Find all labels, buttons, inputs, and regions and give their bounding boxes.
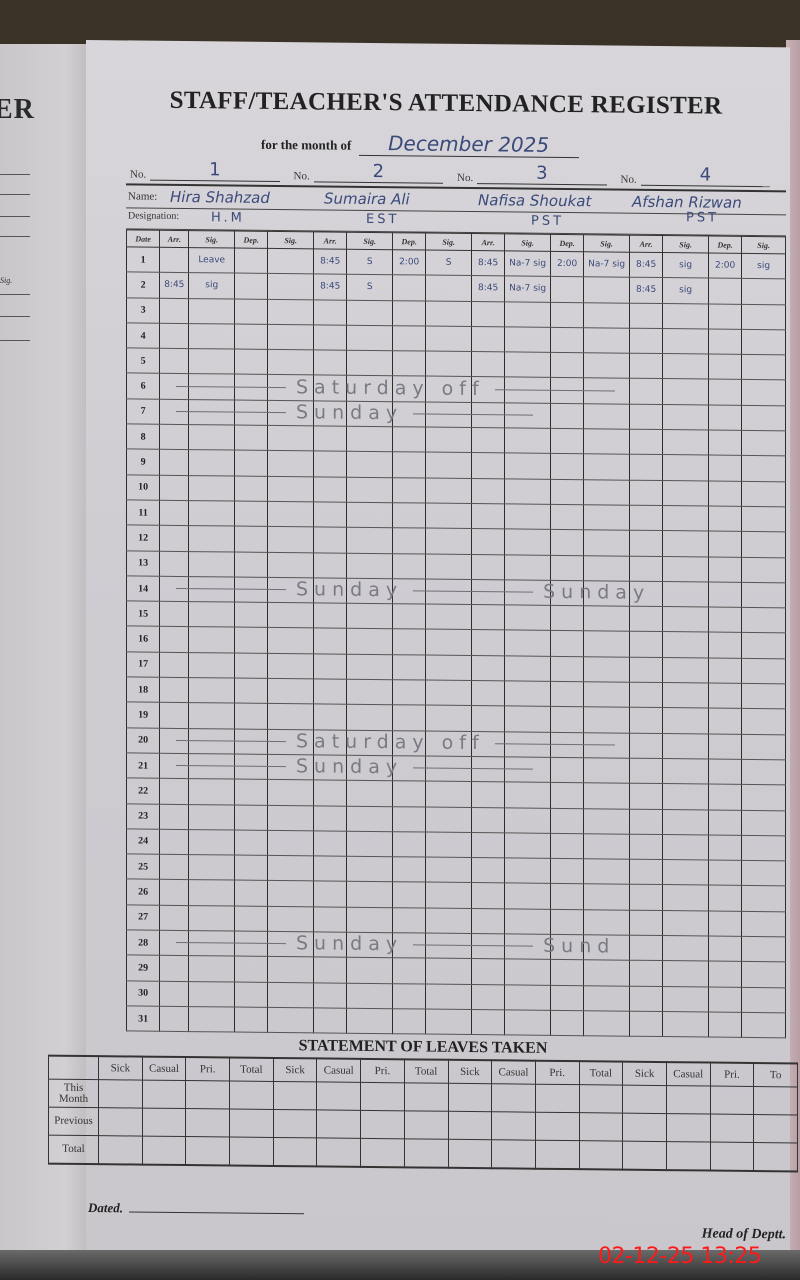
attendance-cell: [160, 728, 189, 754]
attendance-cell: [160, 551, 189, 577]
leaves-cell: [99, 1108, 143, 1136]
attendance-cell: [314, 350, 347, 376]
attendance-cell: [189, 652, 235, 678]
designation-3: PST: [531, 214, 564, 229]
leaves-cell: [273, 1137, 317, 1166]
attendance-cell: [268, 425, 314, 451]
attendance-cell: [584, 353, 630, 379]
leaves-header: Total: [404, 1059, 448, 1083]
attendance-cell: [235, 830, 268, 856]
attendance-cell: [551, 960, 584, 986]
attendance-cell: [189, 956, 235, 982]
attendance-cell: [347, 502, 393, 528]
attendance-cell: [663, 430, 709, 456]
attendance-cell: [426, 528, 472, 554]
attendance-cell: [268, 628, 314, 654]
attendance-cell: [393, 730, 426, 756]
date-cell: 18: [127, 677, 160, 703]
attendance-cell: [742, 557, 786, 583]
attendance-cell: [235, 476, 268, 502]
dated-line: [129, 1211, 304, 1214]
attendance-cell: [189, 905, 235, 931]
attendance-cell: [472, 934, 505, 960]
attendance-cell: [314, 654, 347, 680]
attendance-cell: [393, 477, 426, 503]
leaves-cell: [579, 1085, 623, 1113]
attendance-cell: [630, 783, 663, 809]
attendance-cell: [505, 706, 551, 732]
attendance-cell: [584, 530, 630, 556]
attendance-cell: [708, 885, 741, 911]
left-rule: [0, 236, 30, 237]
attendance-cell: [189, 450, 235, 476]
attendance-cell: [472, 807, 505, 833]
date-cell: 13: [127, 550, 160, 576]
column-header: Arr.: [160, 230, 189, 247]
leaves-cell: [754, 1142, 798, 1171]
attendance-cell: [663, 379, 709, 405]
attendance-cell: [708, 380, 741, 406]
attendance-table: DateArr.Sig.Dep.Sig.Arr.Sig.Dep.Sig.Arr.…: [126, 229, 786, 1038]
attendance-cell: [505, 352, 551, 378]
attendance-cell: [314, 1008, 347, 1034]
leaves-cell: [99, 1080, 143, 1108]
attendance-cell: [160, 930, 189, 956]
attendance-cell: [472, 579, 505, 605]
column-header: Date: [127, 230, 160, 247]
attendance-cell: [472, 655, 505, 681]
attendance-cell: [426, 554, 472, 580]
attendance-cell: [235, 1007, 268, 1033]
attendance-cell: [742, 304, 786, 330]
attendance-cell: [393, 933, 426, 959]
attendance-cell: [472, 883, 505, 909]
attendance-cell: [189, 754, 235, 780]
attendance-cell: [160, 627, 189, 653]
attendance-cell: 8:45: [472, 276, 505, 302]
attendance-cell: [268, 350, 314, 376]
attendance-cell: [160, 854, 189, 880]
attendance-cell: [663, 506, 709, 532]
attendance-cell: [314, 805, 347, 831]
attendance-cell: [426, 301, 472, 327]
attendance-cell: [189, 728, 235, 754]
attendance-cell: [505, 757, 551, 783]
leaves-cell: [492, 1140, 536, 1169]
attendance-cell: [505, 301, 551, 327]
attendance-cell: [314, 755, 347, 781]
attendance-cell: [393, 654, 426, 680]
attendance-cell: [426, 579, 472, 605]
attendance-cell: [663, 657, 709, 683]
attendance-cell: [235, 501, 268, 527]
attendance-cell: [314, 375, 347, 401]
attendance-cell: [189, 855, 235, 881]
attendance-cell: [472, 984, 505, 1010]
attendance-cell: [472, 554, 505, 580]
leaves-cell: [230, 1081, 274, 1109]
attendance-cell: [708, 632, 741, 658]
staff-numbers: No.1 No.2 No.3 No.4: [130, 158, 770, 187]
attendance-cell: [551, 656, 584, 682]
attendance-cell: [551, 833, 584, 859]
attendance-cell: [314, 299, 347, 325]
attendance-cell: [551, 606, 584, 632]
date-cell: 7: [127, 399, 160, 425]
leaves-table: SickCasualPri.TotalSickCasualPri.TotalSi…: [48, 1055, 798, 1173]
attendance-cell: [584, 429, 630, 455]
attendance-cell: [426, 807, 472, 833]
attendance-cell: [584, 682, 630, 708]
column-header: Arr.: [630, 235, 663, 252]
leaves-row-label: Total: [49, 1135, 99, 1164]
column-header: Dep.: [551, 234, 584, 251]
attendance-cell: sig: [663, 278, 709, 304]
attendance-cell: [742, 633, 786, 659]
attendance-cell: [708, 278, 741, 304]
attendance-cell: [393, 579, 426, 605]
attendance-cell: [393, 401, 426, 427]
attendance-cell: [742, 405, 786, 431]
attendance-cell: [393, 1009, 426, 1035]
attendance-cell: [584, 378, 630, 404]
attendance-cell: [393, 756, 426, 782]
attendance-cell: [742, 683, 786, 709]
attendance-cell: [235, 956, 268, 982]
staff-name-2: Sumaira Ali: [324, 189, 478, 209]
attendance-cell: [630, 480, 663, 506]
attendance-cell: [708, 481, 741, 507]
attendance-cell: [268, 274, 314, 300]
register-title: STAFF/TEACHER'S ATTENDANCE REGISTER: [126, 86, 766, 121]
attendance-cell: [505, 807, 551, 833]
attendance-cell: [235, 248, 268, 274]
leaves-cell: [535, 1112, 579, 1140]
attendance-cell: [742, 810, 786, 836]
attendance-cell: [235, 982, 268, 1008]
attendance-cell: [472, 352, 505, 378]
attendance-cell: [189, 703, 235, 729]
attendance-cell: [708, 911, 741, 937]
attendance-cell: [160, 298, 189, 324]
attendance-cell: [584, 656, 630, 682]
attendance-cell: [663, 834, 709, 860]
attendance-cell: S: [347, 275, 393, 301]
attendance-cell: 8:45: [160, 273, 189, 299]
leaves-cell: [666, 1142, 710, 1171]
attendance-cell: [314, 451, 347, 477]
attendance-cell: [708, 658, 741, 684]
attendance-cell: [235, 906, 268, 932]
attendance-cell: [347, 426, 393, 452]
no-label: No.: [457, 172, 473, 184]
attendance-cell: [160, 500, 189, 526]
attendance-cell: [742, 936, 786, 962]
attendance-cell: [189, 880, 235, 906]
leaves-cell: [230, 1109, 274, 1137]
dated-field: Dated.: [88, 1200, 304, 1218]
attendance-cell: [584, 328, 630, 354]
attendance-cell: [630, 303, 663, 329]
leaves-header: Sick: [623, 1062, 667, 1086]
attendance-cell: [551, 277, 584, 303]
no-label: No.: [130, 168, 146, 180]
attendance-cell: [314, 881, 347, 907]
attendance-cell: [314, 907, 347, 933]
attendance-cell: [426, 326, 472, 352]
attendance-cell: [505, 403, 551, 429]
attendance-cell: [160, 450, 189, 476]
attendance-cell: [472, 731, 505, 757]
attendance-cell: [708, 734, 741, 760]
attendance-cell: [160, 804, 189, 830]
attendance-cell: [235, 779, 268, 805]
attendance-cell: [393, 806, 426, 832]
attendance-cell: [630, 935, 663, 961]
photo-timestamp: 02-12-25 13:25: [598, 1244, 761, 1269]
attendance-cell: [160, 526, 189, 552]
attendance-cell: sig: [742, 253, 786, 279]
attendance-cell: [426, 958, 472, 984]
corner-cell: [49, 1056, 99, 1080]
attendance-cell: [663, 404, 709, 430]
leaves-cell: [273, 1109, 317, 1137]
attendance-cell: 8:45: [314, 274, 347, 300]
attendance-cell: [663, 683, 709, 709]
date-cell: 9: [127, 449, 160, 475]
attendance-cell: [268, 501, 314, 527]
leaves-header: Pri.: [186, 1057, 230, 1081]
leaves-cell: [317, 1110, 361, 1138]
attendance-cell: [393, 604, 426, 630]
attendance-cell: [268, 603, 314, 629]
attendance-cell: [235, 602, 268, 628]
attendance-cell: [189, 576, 235, 602]
attendance-cell: [708, 759, 741, 785]
attendance-cell: [708, 936, 741, 962]
attendance-cell: [347, 452, 393, 478]
leaves-cell: [535, 1140, 579, 1169]
attendance-cell: [268, 780, 314, 806]
leaves-cell: [142, 1136, 186, 1165]
attendance-cell: [708, 531, 741, 557]
attendance-cell: [551, 783, 584, 809]
attendance-cell: [551, 580, 584, 606]
attendance-cell: [235, 805, 268, 831]
leaves-cell: [317, 1138, 361, 1167]
attendance-cell: [663, 632, 709, 658]
attendance-cell: [426, 351, 472, 377]
attendance-cell: [314, 426, 347, 452]
attendance-cell: [742, 835, 786, 861]
attendance-cell: [742, 987, 786, 1013]
staff-no-2: No.2: [294, 160, 444, 184]
attendance-cell: [584, 479, 630, 505]
attendance-cell: [505, 681, 551, 707]
attendance-cell: [742, 506, 786, 532]
attendance-rows: 1Leave8:45S2:00S8:45Na-7 sig2:00Na-7 sig…: [127, 247, 786, 1038]
attendance-cell: [663, 480, 709, 506]
column-header: Sig.: [347, 232, 393, 249]
attendance-cell: [472, 605, 505, 631]
attendance-grid: Name: Hira Shahzad Sumaira Ali Nafisa Sh…: [126, 183, 786, 1038]
attendance-cell: [505, 453, 551, 479]
attendance-cell: [584, 859, 630, 885]
attendance-cell: [742, 911, 786, 937]
attendance-cell: [426, 933, 472, 959]
attendance-cell: [505, 858, 551, 884]
attendance-cell: [505, 984, 551, 1010]
attendance-cell: [189, 323, 235, 349]
attendance-cell: [347, 755, 393, 781]
attendance-cell: [189, 627, 235, 653]
attendance-cell: [742, 785, 786, 811]
attendance-cell: [189, 425, 235, 451]
attendance-cell: [472, 858, 505, 884]
attendance-cell: [663, 885, 709, 911]
attendance-cell: [160, 981, 189, 1007]
attendance-cell: [189, 475, 235, 501]
attendance-cell: [708, 708, 741, 734]
leaves-row-label: Previous: [49, 1107, 99, 1136]
attendance-cell: [426, 857, 472, 883]
attendance-cell: [426, 503, 472, 529]
date-cell: 12: [127, 525, 160, 551]
leaves-rows: This MonthPreviousTotal: [49, 1079, 798, 1171]
attendance-cell: [742, 886, 786, 912]
column-header: Arr.: [314, 232, 347, 249]
no-value: 4: [641, 164, 770, 187]
no-value: 2: [314, 160, 443, 183]
date-cell: 16: [127, 626, 160, 652]
attendance-cell: [393, 528, 426, 554]
date-cell: 19: [127, 702, 160, 728]
attendance-cell: [551, 555, 584, 581]
leaves-cell: [361, 1110, 405, 1138]
attendance-cell: [630, 632, 663, 658]
attendance-cell: [426, 275, 472, 301]
attendance-cell: S: [347, 249, 393, 275]
leaves-cell: [754, 1086, 798, 1114]
attendance-cell: [708, 557, 741, 583]
attendance-cell: [160, 652, 189, 678]
attendance-cell: [160, 475, 189, 501]
attendance-cell: [189, 399, 235, 425]
staff-no-4: No.4: [621, 164, 771, 188]
attendance-cell: [630, 961, 663, 987]
dated-label: Dated.: [88, 1200, 123, 1215]
left-rule: [0, 216, 30, 217]
attendance-cell: [393, 427, 426, 453]
attendance-cell: [426, 604, 472, 630]
attendance-cell: [708, 683, 741, 709]
attendance-cell: [742, 608, 786, 634]
attendance-cell: [708, 987, 741, 1013]
attendance-cell: [584, 834, 630, 860]
attendance-cell: [551, 884, 584, 910]
attendance-cell: [584, 707, 630, 733]
attendance-cell: [742, 355, 786, 381]
attendance-cell: [630, 910, 663, 936]
attendance-cell: [551, 858, 584, 884]
attendance-cell: [663, 733, 709, 759]
leaves-cell: [404, 1111, 448, 1139]
attendance-cell: [347, 983, 393, 1009]
staff-name-3: Nafisa Shoukat: [478, 191, 632, 211]
attendance-cell: [505, 605, 551, 631]
attendance-cell: [426, 731, 472, 757]
attendance-cell: [472, 908, 505, 934]
attendance-cell: Leave: [189, 248, 235, 274]
column-header: Sig.: [505, 234, 551, 251]
attendance-cell: [426, 630, 472, 656]
attendance-cell: [268, 1007, 314, 1033]
attendance-cell: [393, 958, 426, 984]
leaves-header: Casual: [666, 1062, 710, 1086]
attendance-cell: 2:00: [708, 253, 741, 279]
attendance-cell: [663, 708, 709, 734]
attendance-cell: [235, 628, 268, 654]
attendance-cell: [347, 376, 393, 402]
column-header: Sig.: [584, 235, 630, 252]
attendance-cell: [426, 478, 472, 504]
leaves-cell: [666, 1114, 710, 1142]
register-page: STAFF/TEACHER'S ATTENDANCE REGISTER for …: [86, 40, 790, 1269]
attendance-cell: S: [426, 250, 472, 276]
attendance-cell: sig: [663, 253, 709, 279]
attendance-cell: [426, 402, 472, 428]
attendance-cell: [189, 678, 235, 704]
attendance-cell: [742, 860, 786, 886]
date-cell: 2: [127, 272, 160, 298]
attendance-cell: [663, 303, 709, 329]
attendance-cell: [505, 934, 551, 960]
attendance-cell: [630, 581, 663, 607]
attendance-cell: [472, 706, 505, 732]
attendance-cell: [314, 401, 347, 427]
attendance-cell: [663, 1011, 709, 1037]
attendance-cell: [663, 784, 709, 810]
attendance-cell: [189, 981, 235, 1007]
leaves-header: Casual: [142, 1057, 186, 1081]
date-cell: 27: [127, 905, 160, 931]
attendance-cell: [393, 857, 426, 883]
leaves-cell: [186, 1109, 230, 1137]
month-value: December 2025: [359, 131, 579, 158]
attendance-cell: [584, 277, 630, 303]
attendance-cell: [347, 629, 393, 655]
attendance-cell: [551, 327, 584, 353]
attendance-cell: [314, 957, 347, 983]
leaves-header: Sick: [99, 1056, 143, 1080]
attendance-cell: [314, 603, 347, 629]
attendance-cell: [160, 576, 189, 602]
attendance-cell: [742, 709, 786, 735]
leaves-cell: [317, 1082, 361, 1110]
attendance-cell: [393, 983, 426, 1009]
attendance-cell: [189, 374, 235, 400]
attendance-cell: [663, 581, 709, 607]
attendance-cell: [393, 553, 426, 579]
attendance-cell: [630, 657, 663, 683]
date-cell: 1: [127, 247, 160, 273]
attendance-cell: [426, 377, 472, 403]
attendance-cell: [426, 427, 472, 453]
attendance-cell: [708, 582, 741, 608]
attendance-cell: [393, 907, 426, 933]
leaves-cell: [710, 1142, 754, 1171]
attendance-cell: [584, 302, 630, 328]
